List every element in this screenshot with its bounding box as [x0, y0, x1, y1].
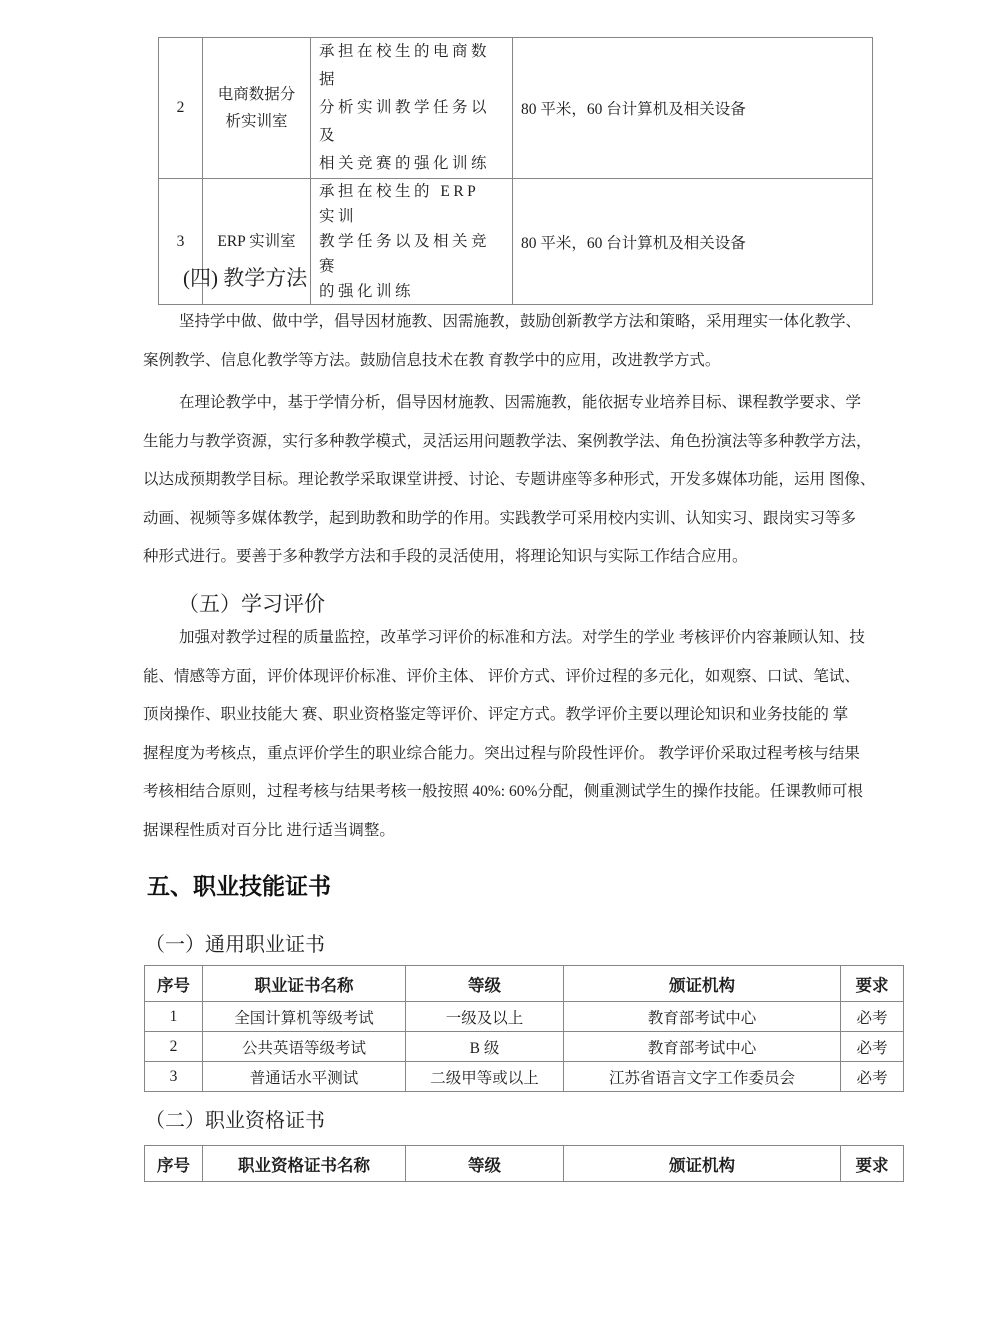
desc-line: 分析实训教学任务以及 [319, 94, 504, 150]
paragraph-line: 在理论教学中，基于学情分析，倡导因材施教、因需施教，能依据专业培养目标、课程教学… [143, 384, 873, 423]
table-cell-description: 承担在校生的 ERP 实训 教学任务以及相关竞赛 的强化训练 [311, 179, 513, 305]
table-cell: 公共英语等级考试 [203, 1032, 406, 1062]
paragraph-teaching-methods-2: 在理论教学中，基于学情分析，倡导因材施教、因需施教，能依据专业培养目标、课程教学… [143, 384, 873, 577]
heading-learning-evaluation: （五）学习评价 [178, 588, 325, 618]
desc-line: 相关竞赛的强化训练 [319, 150, 504, 178]
table-cell-equipment: 80 平米，60 台计算机及相关设备 [513, 179, 873, 305]
table-cell-description: 承担在校生的电商数据 分析实训教学任务以及 相关竞赛的强化训练 [311, 38, 513, 179]
name-line: 电商数据分 [203, 81, 310, 108]
column-header: 颁证机构 [564, 966, 841, 1002]
desc-line: 教学任务以及相关竞赛 [319, 229, 504, 279]
table-header-row: 序号 职业资格证书名称 等级 颁证机构 要求 [145, 1146, 904, 1182]
paragraph-line: 动画、视频等多媒体教学，起到助教和助学的作用。实践教学可采用校内实训、认知实习、… [143, 500, 873, 539]
table-cell: 必考 [841, 1032, 904, 1062]
paragraph-learning-evaluation: 加强对教学过程的质量监控，改革学习评价的标准和方法。对学生的学业 考核评价内容兼… [143, 619, 873, 851]
table-row: 1 全国计算机等级考试 一级及以上 教育部考试中心 必考 [145, 1002, 904, 1032]
qualification-certificates-table: 序号 职业资格证书名称 等级 颁证机构 要求 [144, 1145, 904, 1182]
paragraph-line: 坚持学中做、做中学，倡导因材施教、因需施教，鼓励创新教学方法和策略，采用理实一体… [143, 303, 873, 342]
column-header: 序号 [145, 966, 203, 1002]
heading-general-certificates: （一）通用职业证书 [145, 928, 325, 957]
table-cell-no: 2 [159, 38, 203, 179]
name-line: 析实训室 [203, 108, 310, 135]
paragraph-line: 能、情感等方面，评价体现评价标准、评价主体、 评价方式、评价过程的多元化，如观察… [143, 658, 873, 697]
column-header: 要求 [841, 966, 904, 1002]
desc-line: 的强化训练 [319, 279, 504, 304]
table-cell: 必考 [841, 1062, 904, 1092]
paragraph-line: 生能力与教学资源，实行多种教学模式，灵活运用问题教学法、案例教学法、角色扮演法等… [143, 423, 873, 462]
table-cell: 3 [145, 1062, 203, 1092]
paragraph-line: 据课程性质对百分比 进行适当调整。 [143, 812, 873, 851]
table-cell: 二级甲等或以上 [406, 1062, 564, 1092]
paragraph-line: 案例教学、信息化教学等方法。鼓励信息技术在教 育教学中的应用，改进教学方式。 [143, 342, 873, 381]
column-header: 职业资格证书名称 [203, 1146, 406, 1182]
paragraph-line: 以达成预期教学目标。理论教学采取课堂讲授、讨论、专题讲座等多种形式，开发多媒体功… [143, 461, 873, 500]
paragraph-line: 握程度为考核点，重点评价学生的职业综合能力。突出过程与阶段性评价。 教学评价采取… [143, 735, 873, 774]
paragraph-line: 考核相结合原则，过程考核与结果考核一般按照 40%: 60%分配，侧重测试学生的… [143, 773, 873, 812]
column-header: 颁证机构 [564, 1146, 841, 1182]
table-cell-name: 电商数据分 析实训室 [203, 38, 311, 179]
table-cell: 必考 [841, 1002, 904, 1032]
table-row: 3 普通话水平测试 二级甲等或以上 江苏省语言文字工作委员会 必考 [145, 1062, 904, 1092]
table-row: 2 电商数据分 析实训室 承担在校生的电商数据 分析实训教学任务以及 相关竞赛的… [159, 38, 873, 179]
paragraph-teaching-methods-1: 坚持学中做、做中学，倡导因材施教、因需施教，鼓励创新教学方法和策略，采用理实一体… [143, 303, 873, 380]
general-certificates-table: 序号 职业证书名称 等级 颁证机构 要求 1 全国计算机等级考试 一级及以上 教… [144, 965, 904, 1092]
paragraph-line: 顶岗操作、职业技能大 赛、职业资格鉴定等评价、评定方式。教学评价主要以理论知识和… [143, 696, 873, 735]
heading-qualification-certificates: （二）职业资格证书 [145, 1104, 325, 1133]
table-cell: B 级 [406, 1032, 564, 1062]
table-cell: 教育部考试中心 [564, 1002, 841, 1032]
table-cell-equipment: 80 平米，60 台计算机及相关设备 [513, 38, 873, 179]
column-header: 序号 [145, 1146, 203, 1182]
column-header: 要求 [841, 1146, 904, 1182]
paragraph-line: 加强对教学过程的质量监控，改革学习评价的标准和方法。对学生的学业 考核评价内容兼… [143, 619, 873, 658]
desc-line: 承担在校生的电商数据 [319, 38, 504, 94]
table-cell: 普通话水平测试 [203, 1062, 406, 1092]
table-cell: 1 [145, 1002, 203, 1032]
column-header: 等级 [406, 966, 564, 1002]
name-line: ERP 实训室 [203, 228, 310, 255]
column-header: 等级 [406, 1146, 564, 1182]
table-cell: 全国计算机等级考试 [203, 1002, 406, 1032]
paragraph-line: 种形式进行。要善于多种教学方法和手段的灵活使用，将理论知识与实际工作结合应用。 [143, 538, 873, 577]
table-cell: 教育部考试中心 [564, 1032, 841, 1062]
heading-vocational-skill-certificates: 五、职业技能证书 [147, 868, 331, 901]
table-cell: 一级及以上 [406, 1002, 564, 1032]
table-row: 2 公共英语等级考试 B 级 教育部考试中心 必考 [145, 1032, 904, 1062]
desc-line: 承担在校生的 ERP 实训 [319, 179, 504, 229]
table-cell: 2 [145, 1032, 203, 1062]
document-page: 2 电商数据分 析实训室 承担在校生的电商数据 分析实训教学任务以及 相关竞赛的… [0, 0, 1000, 1333]
heading-teaching-methods: (四) 教学方法 [183, 262, 307, 292]
table-cell: 江苏省语言文字工作委员会 [564, 1062, 841, 1092]
column-header: 职业证书名称 [203, 966, 406, 1002]
table-header-row: 序号 职业证书名称 等级 颁证机构 要求 [145, 966, 904, 1002]
